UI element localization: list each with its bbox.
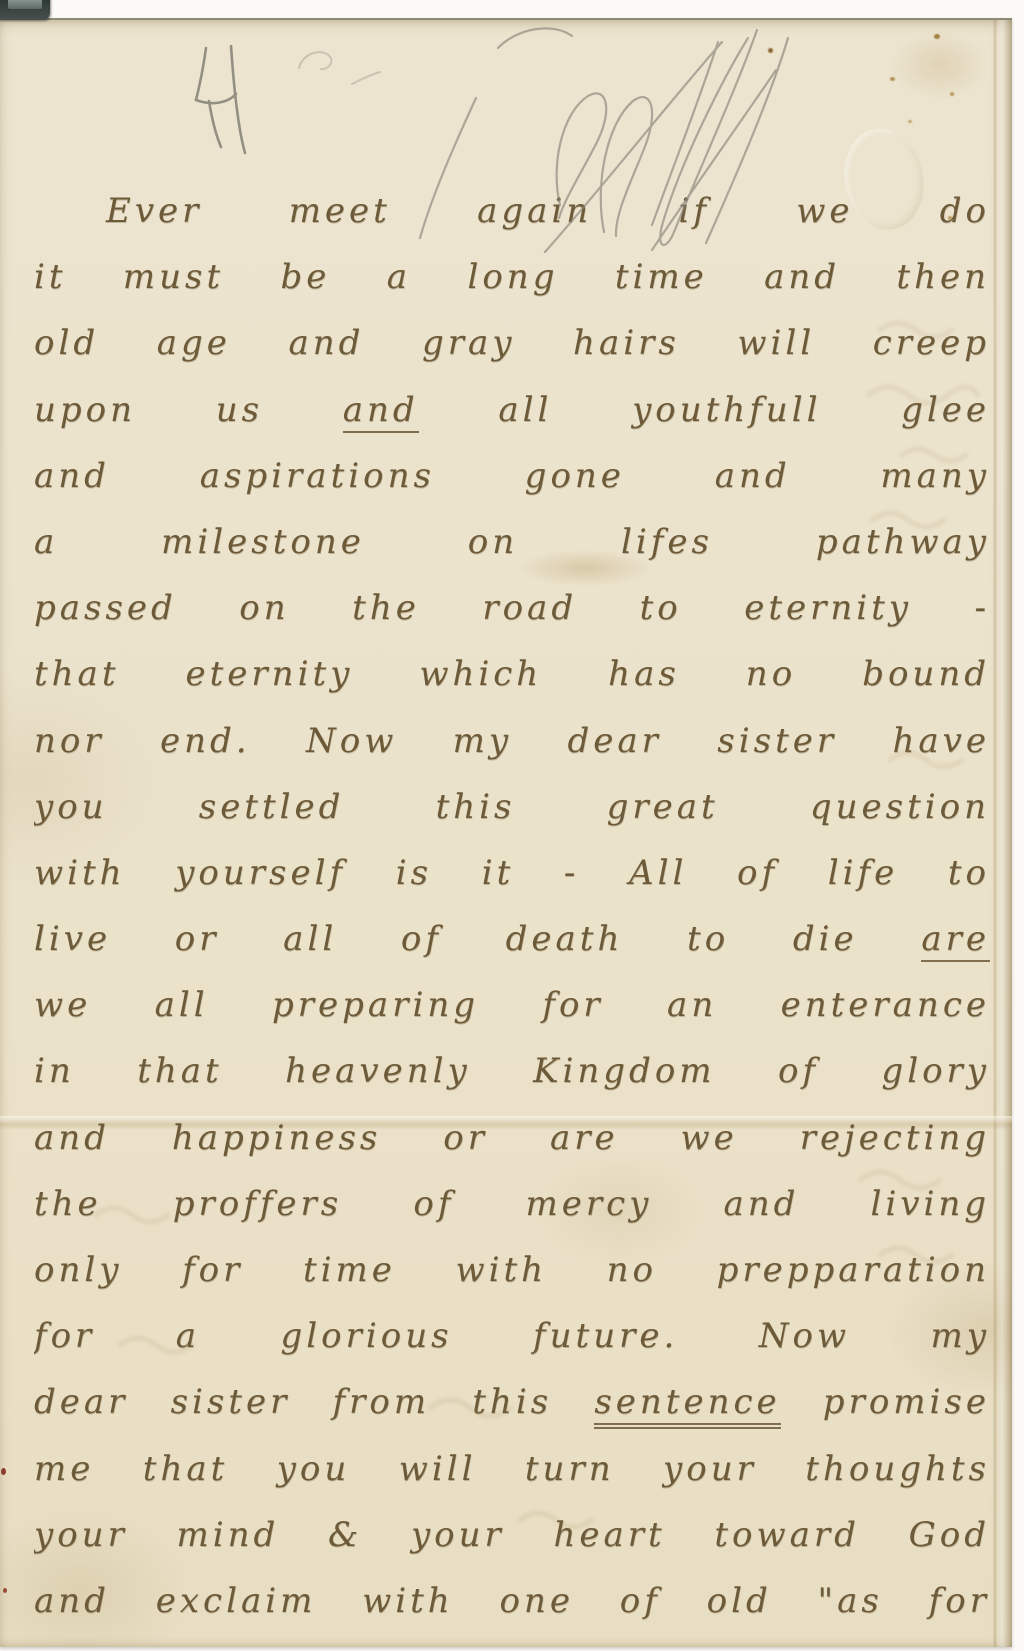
letter-page: Ever meet again if we doit must be a lon…: [0, 18, 1012, 1647]
letter-line: live or all of death to die are: [34, 906, 990, 972]
binder-clip-highlight: [8, 0, 42, 9]
letter-line: it must be a long time and then: [34, 244, 990, 310]
binder-clip: [0, 0, 50, 20]
foxing-spot: [934, 34, 940, 39]
letter-line: in that heavenly Kingdom of glory: [34, 1038, 990, 1104]
foxing-spot: [768, 48, 773, 53]
letter-line: you settled this great question: [34, 774, 990, 840]
letter-line: that eternity which has no bound: [34, 641, 990, 707]
letter-line: the proffers of mercy and living: [34, 1171, 990, 1237]
paper-right-edge: [996, 20, 1012, 1647]
letter-line: your mind & your heart toward God: [34, 1502, 990, 1568]
fold-crease-vertical: [993, 20, 997, 1647]
foxing-spot: [908, 120, 912, 123]
letter-line: dear sister from this sentence promise: [34, 1369, 990, 1435]
letter-line: old age and gray hairs will creep: [34, 310, 990, 376]
letter-line: Ever meet again if we do: [34, 178, 990, 244]
foxing-spot: [950, 92, 954, 96]
letter-line: upon us and all youthfull glee: [34, 377, 990, 443]
letter-line: with yourself is it - All of life to: [34, 840, 990, 906]
letter-line: we all preparing for an enterance: [34, 972, 990, 1038]
letter-line: and happiness or are we rejecting: [34, 1105, 990, 1171]
letter-line: for a glorious future. Now my: [34, 1303, 990, 1369]
foxing-spot: [890, 77, 895, 81]
scanned-letter: Ever meet again if we doit must be a lon…: [0, 0, 1024, 1651]
letter-line: passed on the road to eternity -: [34, 575, 990, 641]
letter-line: only for time with no prepparation: [34, 1237, 990, 1303]
letter-line: and exclaim with one of old "as for: [34, 1568, 990, 1634]
letter-lines: Ever meet again if we doit must be a lon…: [34, 178, 990, 1634]
ink-speck: [1, 1468, 6, 1475]
ink-speck: [3, 1588, 7, 1593]
letter-line: a milestone on lifes pathway: [34, 509, 990, 575]
letter-line: me that you will turn your thoughts: [34, 1436, 990, 1502]
letter-line: nor end. Now my dear sister have: [34, 708, 990, 774]
letter-line: and aspirations gone and many: [34, 443, 990, 509]
